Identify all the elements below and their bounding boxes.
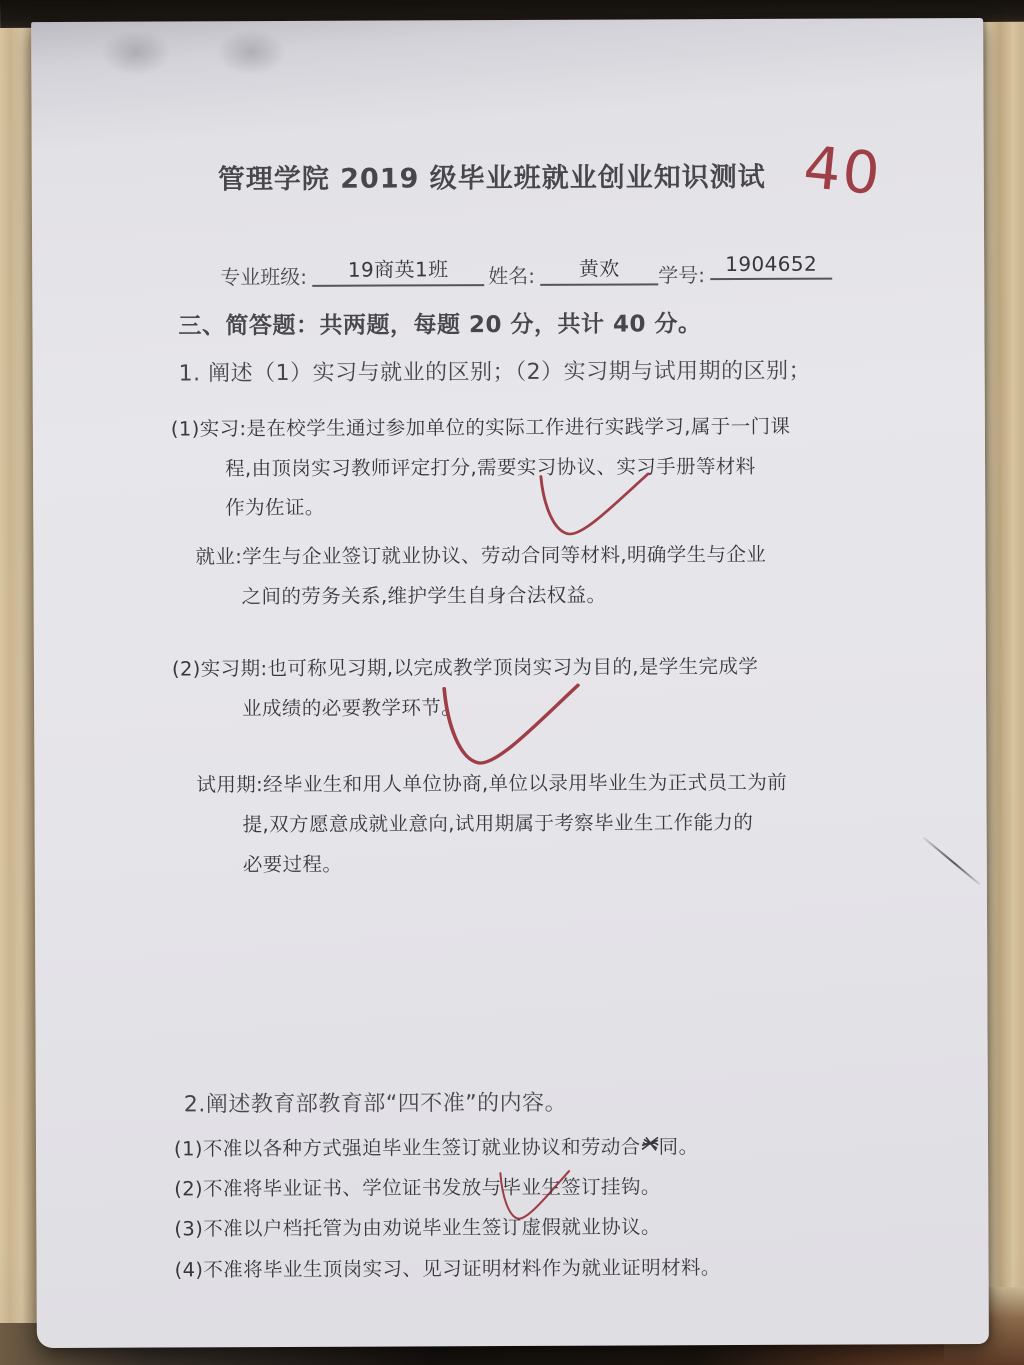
class-field-label: 专业班级: [220,261,307,290]
answer-line: 必要过程。 [243,849,343,877]
answer-line: 试用期:经毕业生和用人单位协商,单位以录用毕业生为正式员工为前 [196,767,787,798]
handwritten-score: 40 [801,133,885,208]
answer-line: 就业:学生与企业签订就业协议、劳动合同等材料,明确学生与企业 [195,539,766,569]
name-field-value: 黄欢 [540,252,658,286]
question1-prompt: 1. 阐述（1）实习与就业的区别；（2）实习期与试用期的区别； [179,354,812,388]
pencil-crease-mark [923,837,981,886]
answer-line: (2)实习期:也可称见习期,以完成教学顶岗实习为目的,是学生完成学 [172,651,758,682]
answer-line: 作为佐证。 [225,492,325,520]
answer-line-text: (1)不准以各种方式强迫毕业生签订就业协议和劳动合 [174,1131,641,1161]
answer-line: 业成绩的必要教学环节。 [242,692,461,721]
scribble-strikeout-icon [640,1133,660,1153]
staple-dent [216,29,286,75]
red-check-icon [531,469,653,546]
answer-line: (4)不准将毕业生顶岗实习、见习证明材料作为就业证明材料。 [174,1252,720,1282]
id-field-value: 1904652 [710,252,832,281]
answer-line: (3)不准以户档托管为由劝说毕业生签订虚假就业协议。 [174,1211,661,1241]
answer-line: (1)不准以各种方式强迫毕业生签订就业协议和劳动合同。 [174,1131,699,1161]
answer-line: (1)实习:是在校学生通过参加单位的实际工作进行实践学习,属于一门课 [171,411,791,442]
question2-prompt: 2.阐述教育部教育部“四不准”的内容。 [184,1086,567,1119]
answer-line-text: 同。 [659,1131,699,1159]
answer-line: (2)不准将毕业证书、学位证书发放与毕业生签订挂钩。 [174,1171,661,1201]
page-title: 管理学院 2019 级毕业班就业创业知识测试 [162,155,822,197]
answer-line: 提,双方愿意成就业意向,试用期属于考察毕业生工作能力的 [243,807,754,837]
name-field-label: 姓名: [488,260,535,289]
answer-line: 之间的劳务关系,维护学生自身合法权益。 [242,580,607,610]
answer-line: 程,由顶岗实习教师评定打分,需要实习协议、实习手册等材料 [225,451,756,481]
test-paper-sheet: 管理学院 2019 级毕业班就业创业知识测试 40 专业班级: 19商英1班 姓… [31,18,989,1348]
section-heading: 三、简答题：共两题，每题 20 分，共计 40 分。 [178,305,701,340]
class-field-value: 19商英1班 [312,253,484,287]
photo-background: 管理学院 2019 级毕业班就业创业知识测试 40 专业班级: 19商英1班 姓… [0,0,1024,1365]
id-field-label: 学号: [658,259,705,288]
staple-dent [101,29,171,75]
